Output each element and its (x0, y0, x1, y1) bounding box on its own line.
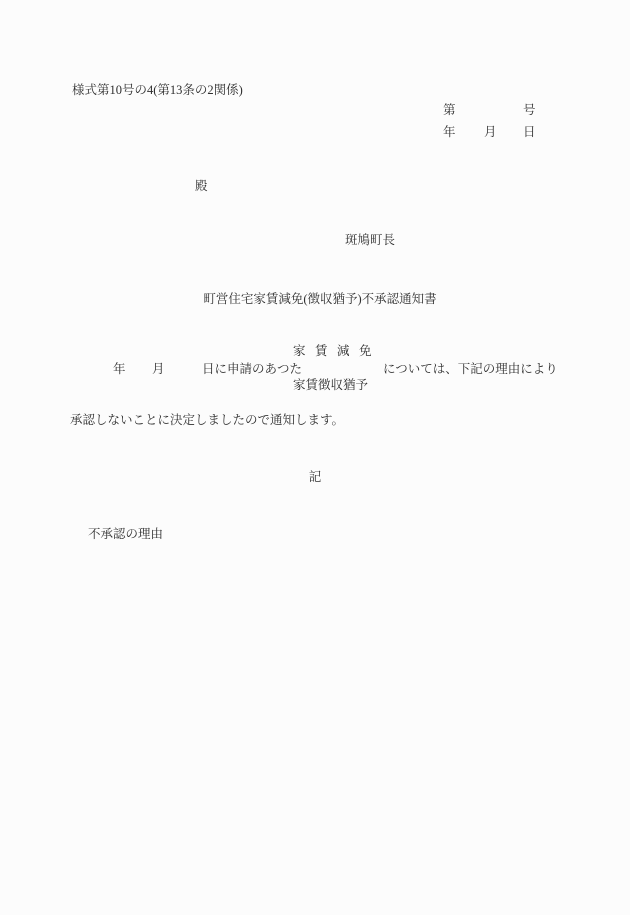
option-rent-collection-deferral: 家賃徴収猶予 (293, 379, 368, 393)
date-day-label: 日 (523, 126, 536, 140)
date-year-label: 年 (443, 126, 456, 140)
sender-title: 斑鳩町長 (345, 234, 395, 248)
after-options-phrase: については、下記の理由により (383, 363, 558, 377)
form-number: 様式第10号の4(第13条の2関係) (72, 84, 243, 98)
doc-number-suffix: 号 (523, 104, 536, 118)
addressee-honorific: 殿 (195, 180, 208, 194)
doc-number-prefix: 第 (443, 104, 456, 118)
record-marker: 記 (0, 471, 630, 485)
reason-heading: 不承認の理由 (88, 528, 163, 542)
decision-sentence: 承認しないことに決定しましたので通知します。 (70, 414, 344, 428)
date-month-label: 月 (484, 126, 497, 140)
application-year-label: 年 (113, 363, 126, 377)
document-page: 様式第10号の4(第13条の2関係) 第 号 年 月 日 殿 斑鳩町長 町営住宅… (0, 0, 630, 915)
option-rent-reduction: 家賃減免 (293, 345, 381, 359)
document-title: 町営住宅家賃減免(徴収猶予)不承認通知書 (5, 293, 630, 307)
application-day-phrase: 日に申請のあつた (202, 363, 302, 377)
application-month-label: 月 (152, 363, 165, 377)
